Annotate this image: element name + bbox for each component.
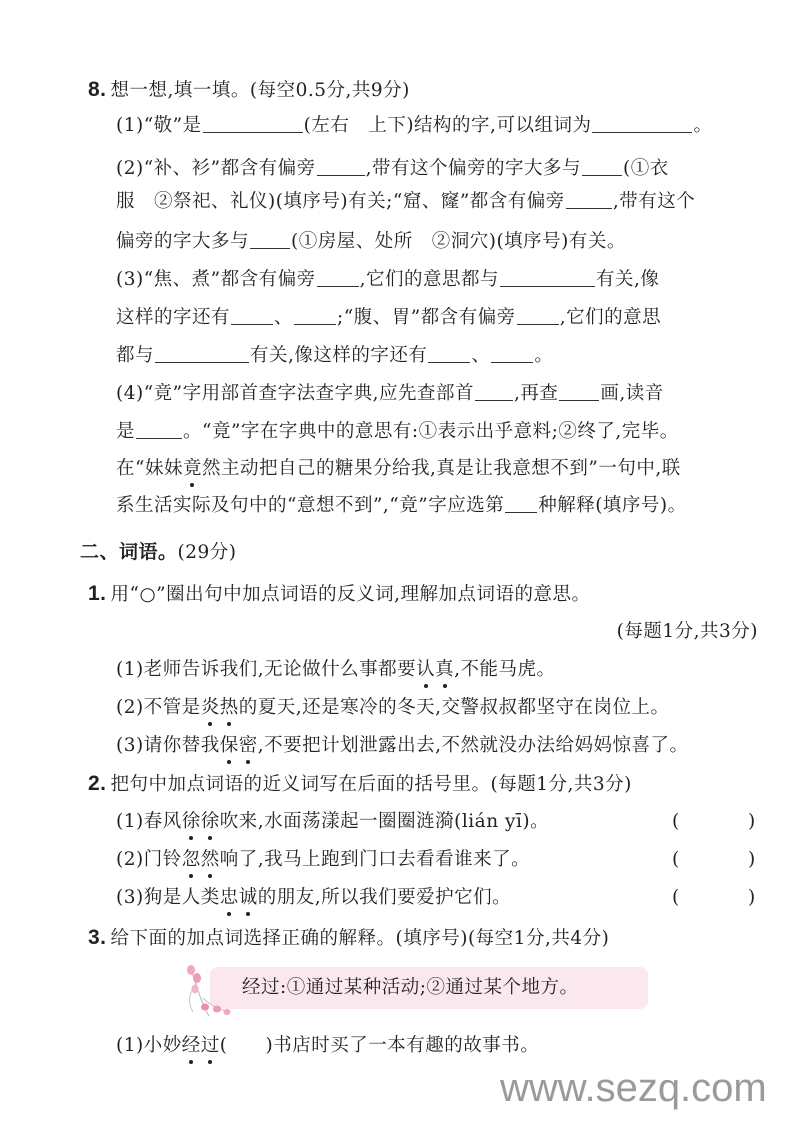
dotted-char: 徐 (201, 810, 220, 834)
text: (1)春风 (116, 811, 182, 832)
answer-paren[interactable]: ( ) (220, 1035, 273, 1056)
text: (3)狗是人类 (116, 887, 220, 908)
answer-blank[interactable] (294, 306, 336, 325)
text: (3)“焦、煮”都含有偏旁 (116, 269, 316, 290)
text: 然主动把自己的糖果分给我,真是让我意想不到”一句中,联 (202, 458, 681, 479)
q8-part2-line3: 偏旁的字大多与(①房屋、处所 ②洞穴)(填序号)有关。 (116, 230, 626, 254)
answer-blank[interactable] (582, 157, 622, 176)
answer-paren-open: ( (672, 848, 679, 872)
text: 画,读音 (600, 383, 663, 404)
text: 、 (471, 345, 490, 366)
q8-part4-line1: (4)“竟”字用部首查字法查字典,应先查部首,再查画,读音 (116, 382, 664, 406)
text: 服 ②祭祀、礼仪)(填序号)有关;“窟、窿”都含有偏旁 (116, 191, 565, 212)
pink-flower-icon (183, 962, 233, 1020)
text: ,再查 (514, 383, 558, 404)
q8-part3-line2: 这样的字还有、;“腹、胃”都含有偏旁,它们的意思 (116, 306, 661, 330)
answer-blank[interactable] (203, 114, 303, 133)
q8-header: 8.想一想,填一填。(每空0.5分,共9分) (88, 78, 410, 103)
answer-blank[interactable] (500, 268, 595, 287)
text: 在“妹妹 (116, 458, 183, 479)
answer-blank[interactable] (566, 190, 612, 209)
q8-part2-line2: 服 ②祭祀、礼仪)(填序号)有关;“窟、窿”都含有偏旁,带有这个 (116, 190, 695, 214)
q3-header: 3.给下面的加点词选择正确的解释。(填序号)(每空1分,共4分) (88, 926, 609, 951)
q2-item-1: (1)春风徐徐吹来,水面荡漾起一圈圈涟漪(lián yī)。 (116, 810, 549, 834)
q2-number: 2. (88, 772, 107, 795)
q3-item-1: (1)小妙经过( )书店时买了一本有趣的故事书。 (116, 1034, 539, 1058)
text: ,带有这个偏旁的字大多与 (366, 158, 581, 179)
dotted-char: 真 (435, 658, 454, 682)
q1-item-3: (3)请你替我保密,不要把计划泄露出去,不然就没办法给妈妈惊喜了。 (116, 734, 689, 758)
text: (1)“敬”是 (116, 115, 202, 136)
text: (1)小妙 (116, 1035, 182, 1056)
text: 有关,像这样的字还有 (250, 345, 427, 366)
text: ;“腹、胃”都含有偏旁 (337, 307, 516, 328)
answer-paren-close: ) (748, 886, 755, 910)
answer-blank[interactable] (428, 344, 470, 363)
answer-blank[interactable] (559, 382, 599, 401)
definition-text: 经过:①通过某种活动;②通过某个地方。 (242, 976, 578, 1000)
text: (①衣 (623, 158, 669, 179)
answer-blank[interactable] (155, 344, 249, 363)
q2-answer-1[interactable] (684, 810, 744, 834)
q8-part4-line2: 是。“竟”字在字典中的意思有:①表示出乎意料;②终了,完毕。 (116, 420, 679, 444)
answer-blank[interactable] (592, 114, 692, 133)
q8-part1: (1)“敬”是(左右 上下)结构的字,可以组词为。 (116, 114, 712, 138)
text: 。 (534, 345, 553, 366)
q8-part3-line3: 都与有关,像这样的字还有、。 (116, 344, 553, 368)
q2-answer-3[interactable] (684, 886, 744, 910)
answer-blank[interactable] (317, 268, 359, 287)
q2-header: 2.把句中加点词语的近义词写在后面的括号里。(每题1分,共3分) (88, 772, 632, 797)
text: 、 (274, 307, 293, 328)
dotted-char: 然 (201, 848, 220, 872)
dotted-char: 热 (220, 696, 239, 720)
text: ,它们的意思都与 (360, 269, 499, 290)
answer-paren-open: ( (672, 810, 679, 834)
dotted-char: 竟 (183, 457, 202, 481)
text: 种解释(填序号)。 (538, 495, 686, 516)
dotted-char: 诚 (239, 886, 258, 910)
text: (3)请你替我 (116, 735, 220, 756)
text: ,不要把计划泄露出去,不然就没办法给妈妈惊喜了。 (258, 735, 689, 756)
text: 有关,像 (596, 269, 659, 290)
q3-number: 3. (88, 926, 107, 949)
text: 吹来,水面荡漾起一圈圈涟漪(lián yī)。 (220, 811, 549, 832)
q8-number: 8. (88, 78, 107, 101)
answer-blank[interactable] (250, 230, 290, 249)
text: ,它们的意思 (560, 307, 661, 328)
text: (4)“竟”字用部首查字法查字典,应先查部首 (116, 383, 474, 404)
text: 。 (693, 115, 712, 136)
text: (①房屋、处所 ②洞穴)(填序号)有关。 (291, 231, 626, 252)
answer-blank[interactable] (491, 344, 533, 363)
q8-part3-line1: (3)“焦、煮”都含有偏旁,它们的意思都与有关,像 (116, 268, 659, 292)
text: 是 (116, 421, 135, 442)
q8-part2-line1: (2)“补、衫”都含有偏旁,带有这个偏旁的字大多与(①衣 (116, 157, 669, 181)
text: 的朋友,所以我们要爱护它们。 (258, 887, 511, 908)
text: 的夏天,还是寒冷的冬天,交警叔叔都坚守在岗位上。 (239, 697, 670, 718)
answer-paren-close: ) (748, 810, 755, 834)
dotted-char: 炎 (201, 696, 220, 720)
q2-item-3: (3)狗是人类忠诚的朋友,所以我们要爱护它们。 (116, 886, 511, 910)
q1-header: 1.用“○”圈出句中加点词语的反义词,理解加点词语的意思。 (88, 582, 590, 607)
q8-part4-line4: 系生活实际及句中的“意想不到”,“竟”字应选第种解释(填序号)。 (116, 494, 687, 518)
q2-answer-2[interactable] (684, 848, 744, 872)
dotted-char: 徐 (182, 810, 201, 834)
q1-item-1: (1)老师告诉我们,无论做什么事都要认真,不能马虎。 (116, 658, 556, 682)
text: (左右 上下)结构的字,可以组词为 (304, 115, 592, 136)
dotted-char: 忽 (182, 848, 201, 872)
text: 都与 (116, 345, 154, 366)
dotted-char: 认 (416, 658, 435, 682)
q2-item-2: (2)门铃忽然响了,我马上跑到门口去看看谁来了。 (116, 848, 530, 872)
answer-blank[interactable] (231, 306, 273, 325)
text: (2)不管是 (116, 697, 201, 718)
section-2-header: 二、词语。(29分) (80, 540, 237, 565)
text: (2)“补、衫”都含有偏旁 (116, 158, 316, 179)
text: 偏旁的字大多与 (116, 231, 249, 252)
dotted-char: 忠 (220, 886, 239, 910)
text: 。“竟”字在字典中的意思有:①表示出乎意料;②终了,完毕。 (183, 421, 679, 442)
text: ,不能马虎。 (454, 659, 555, 680)
q1-item-2: (2)不管是炎热的夏天,还是寒冷的冬天,交警叔叔都坚守在岗位上。 (116, 696, 670, 720)
answer-blank[interactable] (136, 420, 182, 439)
q1-score: (每题1分,共3分) (454, 620, 758, 644)
answer-blank[interactable] (517, 306, 559, 325)
text: 这样的字还有 (116, 307, 230, 328)
q2-title: 把句中加点词语的近义词写在后面的括号里。(每题1分,共3分) (111, 774, 632, 795)
text: (2)门铃 (116, 849, 182, 870)
dotted-char: 经 (182, 1034, 201, 1058)
text: ,带有这个 (613, 191, 695, 212)
answer-blank[interactable] (317, 157, 365, 176)
q1-number: 1. (88, 582, 107, 605)
dotted-char: 密 (239, 734, 258, 758)
answer-blank[interactable] (505, 494, 537, 513)
q3-title: 给下面的加点词选择正确的解释。(填序号)(每空1分,共4分) (111, 928, 610, 949)
text: 响了,我马上跑到门口去看看谁来了。 (220, 849, 530, 870)
text: 书店时买了一本有趣的故事书。 (273, 1035, 539, 1056)
dotted-char: 过 (201, 1034, 220, 1058)
watermark: www.sezq.com (500, 1066, 767, 1111)
answer-blank[interactable] (475, 382, 513, 401)
q8-part4-line3: 在“妹妹竟然主动把自己的糖果分给我,真是让我意想不到”一句中,联 (116, 457, 681, 481)
text: (1)老师告诉我们,无论做什么事都要 (116, 659, 416, 680)
section-score: (29分) (178, 542, 237, 563)
q1-title: 用“○”圈出句中加点词语的反义词,理解加点词语的意思。 (111, 584, 591, 605)
q8-title: 想一想,填一填。(每空0.5分,共9分) (111, 80, 410, 101)
dotted-char: 保 (220, 734, 239, 758)
section-title: 二、词语。 (80, 541, 178, 563)
text: 系生活实际及句中的“意想不到”,“竟”字应选第 (116, 495, 504, 516)
answer-paren-open: ( (672, 886, 679, 910)
answer-paren-close: ) (748, 848, 755, 872)
